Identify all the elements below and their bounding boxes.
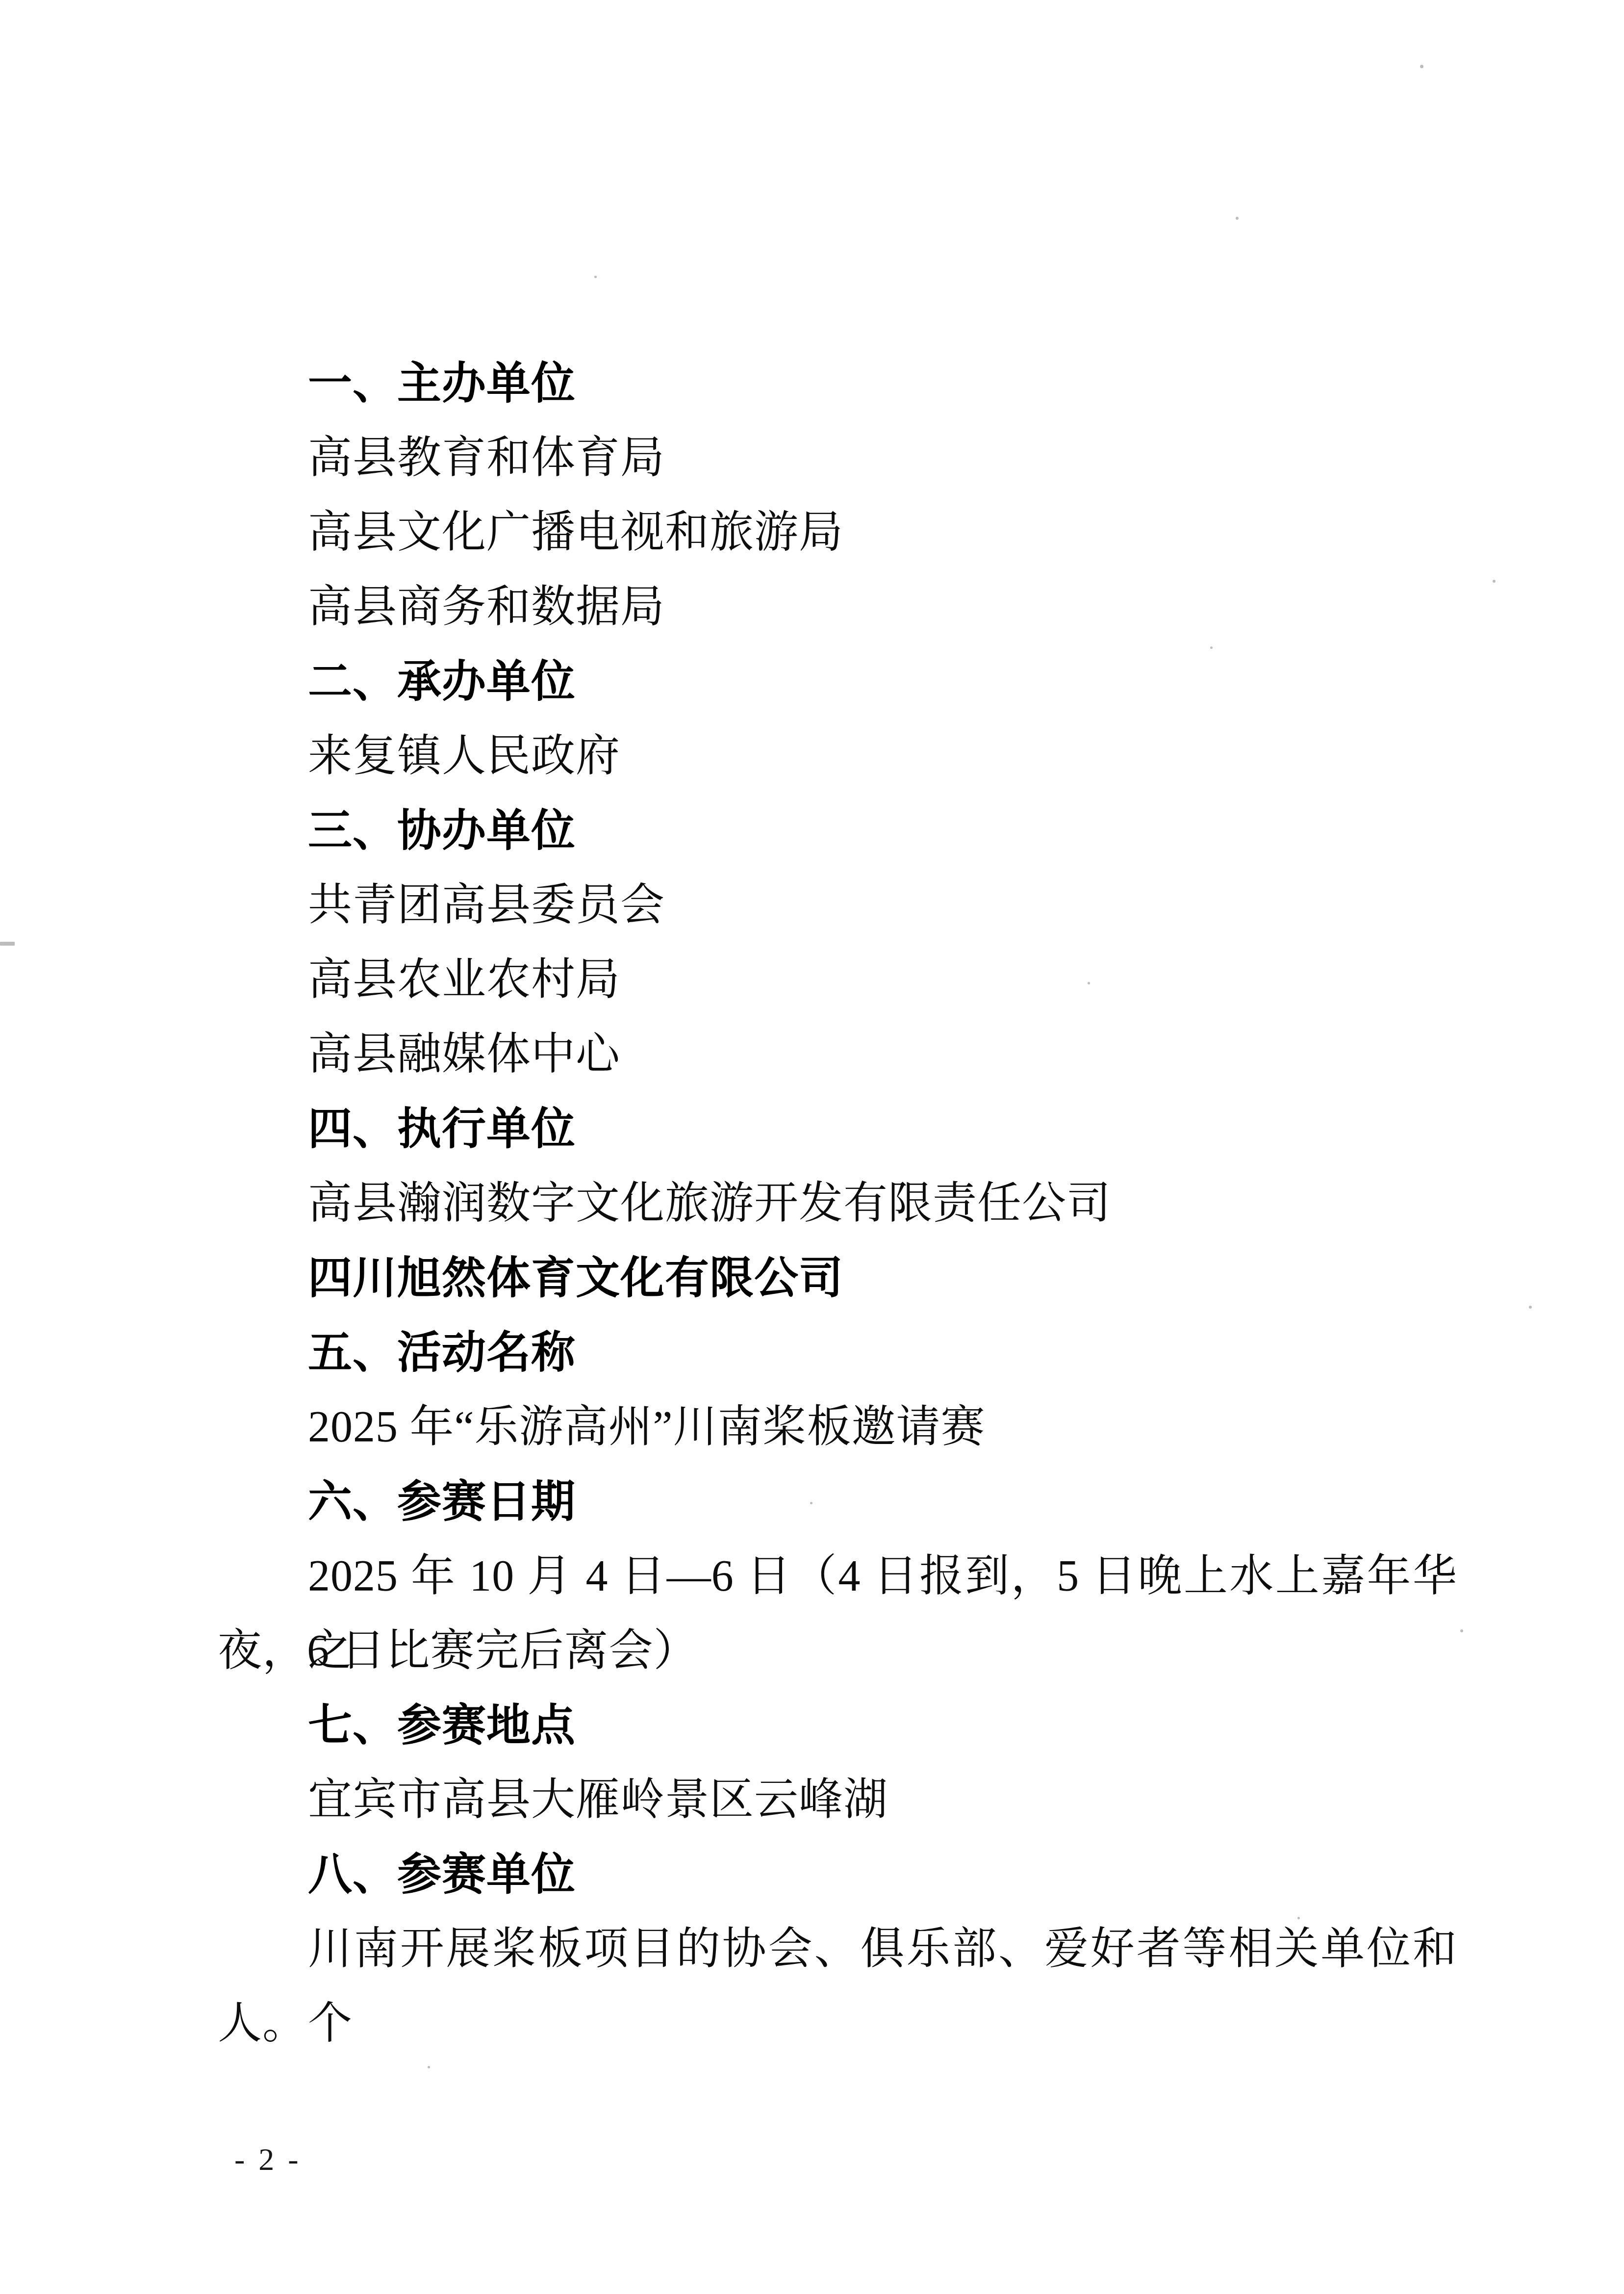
- scan-speck: [1210, 646, 1213, 649]
- scan-speck: [1088, 982, 1090, 984]
- heading-coorganizer-units: 三、协办单位: [218, 794, 1457, 868]
- heading-event-location: 七、参赛地点: [218, 1688, 1457, 1763]
- page-number: - 2 -: [234, 2138, 302, 2182]
- scan-speck: [0, 942, 15, 946]
- event-location: 宜宾市高县大雁岭景区云峰湖: [218, 1763, 1457, 1837]
- scan-speck: [594, 276, 597, 278]
- scanned-document-page: 一、主办单位 高县教育和体育局 高县文化广播电视和旅游局 高县商务和数据局 二、…: [0, 0, 1624, 2294]
- event-name: 2025 年“乐游高州”川南桨板邀请赛: [218, 1390, 1457, 1465]
- scan-speck: [1529, 1306, 1532, 1309]
- host-unit-3: 高县商务和数据局: [218, 570, 1457, 644]
- heading-event-dates: 六、参赛日期: [218, 1465, 1457, 1539]
- scan-speck: [810, 1502, 812, 1504]
- participating-units-line-2: 人。: [218, 1986, 1457, 2061]
- scan-speck: [428, 2066, 430, 2068]
- heading-event-name: 五、活动名称: [218, 1315, 1457, 1390]
- executing-unit-1: 高县瀚润数字文化旅游开发有限责任公司: [218, 1166, 1457, 1241]
- coorganizer-unit-3: 高县融媒体中心: [218, 1017, 1457, 1092]
- scan-speck: [1236, 217, 1239, 220]
- scan-speck: [1297, 1917, 1300, 1919]
- coorganizer-unit-2: 高县农业农村局: [218, 943, 1457, 1017]
- heading-executing-units: 四、执行单位: [218, 1092, 1457, 1166]
- scan-speck: [1420, 65, 1423, 68]
- participating-units-line-1: 川南开展桨板项目的协会、俱乐部、爱好者等相关单位和个: [218, 1912, 1457, 1986]
- event-dates-line-2: 夜，6 日比赛完后离会）: [218, 1614, 1457, 1688]
- scan-speck: [1460, 1629, 1463, 1632]
- heading-organizer-units: 二、承办单位: [218, 644, 1457, 719]
- document-body: 一、主办单位 高县教育和体育局 高县文化广播电视和旅游局 高县商务和数据局 二、…: [218, 346, 1457, 2061]
- organizer-unit-1: 来复镇人民政府: [218, 719, 1457, 794]
- scan-speck: [1493, 580, 1496, 583]
- event-dates-line-1: 2025 年 10 月 4 日—6 日（4 日报到，5 日晚上水上嘉年华之: [218, 1539, 1457, 1614]
- coorganizer-unit-1: 共青团高县委员会: [218, 868, 1457, 943]
- executing-unit-2: 四川旭然体育文化有限公司: [218, 1241, 1457, 1315]
- heading-participating-units: 八、参赛单位: [218, 1837, 1457, 1912]
- heading-host-units: 一、主办单位: [218, 346, 1457, 421]
- host-unit-2: 高县文化广播电视和旅游局: [218, 495, 1457, 570]
- host-unit-1: 高县教育和体育局: [218, 421, 1457, 495]
